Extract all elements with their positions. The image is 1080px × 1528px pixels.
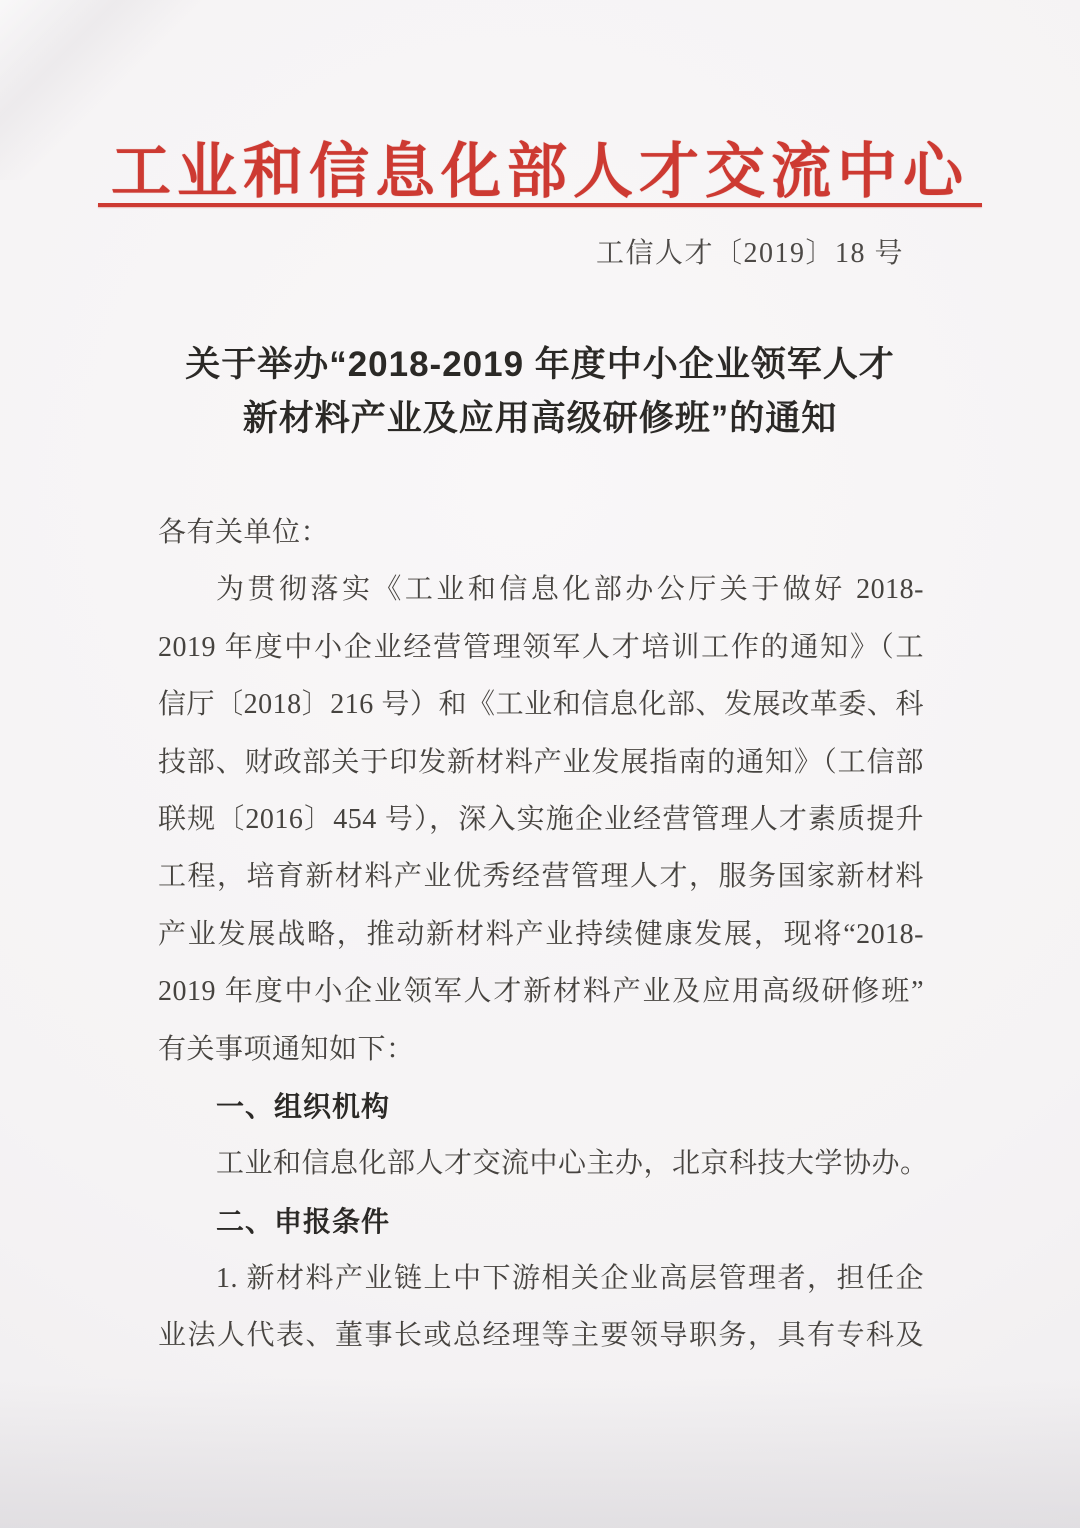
letterhead-title: 工业和信息化部人才交流中心: [0, 124, 1080, 210]
section-heading: 一、组织机构: [158, 1078, 924, 1135]
body-line: 2019 年度中小企业领军人才新材料产业及应用高级研修班”: [158, 963, 924, 1020]
letterhead-divider-rule: [98, 203, 982, 207]
body-line: 工程，培育新材料产业优秀经营管理人才，服务国家新材料: [158, 848, 924, 905]
document-title-line-2: 新材料产业及应用高级研修班”的通知: [0, 392, 1080, 446]
body-line: 信厅〔2018〕216 号）和《工业和信息化部、发展改革委、科: [158, 676, 924, 733]
body-line: 1. 新材料产业链上中下游相关企业高层管理者，担任企: [158, 1250, 924, 1307]
body-line: 业法人代表、董事长或总经理等主要领导职务，具有专科及: [158, 1307, 924, 1364]
body-line: 2019 年度中小企业经营管理领军人才培训工作的通知》（工: [158, 619, 924, 676]
body-line: 各有关单位：: [158, 504, 924, 561]
document-body: 各有关单位：为贯彻落实《工业和信息化部办公厅关于做好 2018-2019 年度中…: [158, 504, 924, 1365]
body-line: 为贯彻落实《工业和信息化部办公厅关于做好 2018-: [158, 561, 924, 618]
document-title-line-1: 关于举办“2018-2019 年度中小企业领军人才: [0, 338, 1080, 392]
body-line: 有关事项通知如下：: [158, 1021, 924, 1078]
section-heading: 二、申报条件: [158, 1193, 924, 1250]
body-line: 产业发展战略，推动新材料产业持续健康发展，现将“2018-: [158, 906, 924, 963]
document-number: 工信人才〔2019〕18 号: [596, 231, 904, 271]
body-line: 技部、财政部关于印发新材料产业发展指南的通知》（工信部: [158, 734, 924, 791]
document-title: 关于举办“2018-2019 年度中小企业领军人才 新材料产业及应用高级研修班”…: [0, 338, 1080, 446]
scanned-document-page: 工业和信息化部人才交流中心 工信人才〔2019〕18 号 关于举办“2018-2…: [0, 0, 1080, 1528]
body-line: 工业和信息化部人才交流中心主办，北京科技大学协办。: [158, 1135, 924, 1192]
body-line: 联规〔2016〕454 号），深入实施企业经营管理人才素质提升: [158, 791, 924, 848]
